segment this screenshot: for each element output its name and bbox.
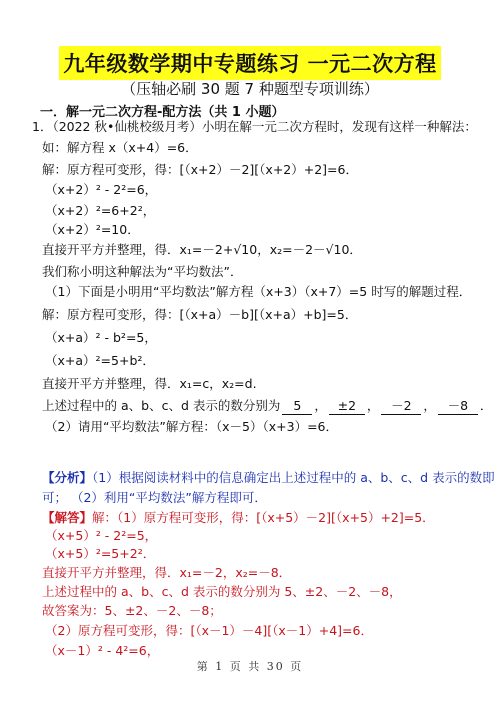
part-2: （2）请用“平均数法”解方程：（x－5）（x+3）=6． — [45, 419, 338, 435]
answer-line-3: （x+5）²=5+2²． — [45, 546, 155, 562]
page-footer: 第 1 页 共 30 页 — [0, 658, 500, 674]
blank-d: －8 — [438, 398, 478, 415]
method-naming: 我们称小明这种解法为“平均数法”． — [42, 264, 242, 280]
p1-step3-eq: x₁=c，x₂=d. — [180, 376, 257, 391]
analysis-label: 【分析】 — [42, 470, 92, 485]
title-wrap: 九年级数学期中专题练习 一元二次方程 — [0, 46, 500, 80]
step-4: 直接开平方并整理，得．x₁=－2+√10，x₂=－2－√10． — [42, 242, 362, 258]
answer-text-1: 解：（1）原方程可变形，得：[（x+5）－2][（x+5）+2]=5． — [92, 510, 435, 525]
analysis-line-2: 可； （2）利用“平均数法”解方程即可． — [42, 490, 267, 506]
fill-prefix: 上述过程中的 a、b、c、d 表示的数分别为 — [42, 398, 280, 413]
answer-line-4: 直接开平方并整理，得．x₁=－2，x₂=－8． — [42, 565, 291, 581]
part1-step-1: （x+a）² - b²=5， — [45, 330, 157, 346]
blank-b: ±2 — [329, 398, 365, 415]
step-3: （x+2）²=10． — [45, 222, 140, 238]
page-title: 九年级数学期中专题练习 一元二次方程 — [59, 46, 440, 80]
section-heading: 一．解一元二次方程-配方法（共 1 小题） — [40, 101, 285, 120]
sol-prefix: 解：原方程可变形，得： — [42, 162, 180, 177]
part1-step-2: （x+a）²=5+b²． — [45, 353, 155, 369]
p1-sol-prefix: 解：原方程可变形，得： — [42, 307, 180, 322]
sol-eq: [（x+2）－2][（x+2）+2]=6． — [180, 162, 358, 177]
answer-line-1: 【解答】解：（1）原方程可变形，得：[（x+5）－2][（x+5）+2]=5． — [42, 510, 435, 526]
p1-step3-prefix: 直接开平方并整理，得． — [42, 376, 180, 391]
answer-line-5: 上述过程中的 a、b、c、d 表示的数分别为 5、±2、－2、－8， — [42, 584, 402, 600]
p1-sol-eq: [（x+a）－b][（x+a）+b]=5． — [180, 307, 358, 322]
answer-line-2: （x+5）² - 2²=5， — [45, 528, 157, 544]
analysis-text-1: （1）根据阅读材料中的信息确定出上述过程中的 a、b、c、d 表示的数即 — [92, 470, 495, 485]
solution-line: 解：原方程可变形，得：[（x+2）－2][（x+2）+2]=6． — [42, 162, 358, 178]
answer-line-6: 故答案为：5、±2、－2、－8； — [42, 603, 222, 619]
answer-label: 【解答】 — [42, 510, 92, 525]
fill-in-line: 上述过程中的 a、b、c、d 表示的数分别为5，±2，－2，－8． — [42, 398, 492, 415]
blank-a: 5 — [282, 398, 312, 415]
subtitle: （压轴必刷 30 题 7 种题型专项训练） — [0, 78, 500, 99]
part1-step-3: 直接开平方并整理，得．x₁=c，x₂=d. — [42, 376, 257, 392]
question-intro: 1．（2022 秋•仙桃校级月考）小明在解一元二次方程时，发现有这样一种解法： — [32, 119, 477, 135]
part1-solution: 解：原方程可变形，得：[（x+a）－b][（x+a）+b]=5． — [42, 307, 357, 323]
answer-line-8: （x－1）² - 4²=6， — [45, 643, 159, 659]
step-1: （x+2）² - 2²=6， — [45, 182, 157, 198]
example-label: 如：解方程 — [42, 140, 108, 155]
step4-eq: x₁=－2+√10，x₂=－2－√10． — [180, 242, 362, 257]
example-eq: x（x+4）=6． — [108, 140, 197, 155]
step-2: （x+2）²=6+2²， — [45, 203, 155, 219]
part-1: （1）下面是小明用“平均数法”解方程（x+3）（x+7）=5 时写的解题过程． — [45, 284, 471, 300]
example-line: 如：解方程 x（x+4）=6． — [42, 140, 198, 156]
answer-line-7: （2）原方程可变形，得：[（x－1）－4][（x－1）+4]=6． — [45, 623, 373, 639]
blank-c: －2 — [381, 398, 421, 415]
analysis-line-1: 【分析】（1）根据阅读材料中的信息确定出上述过程中的 a、b、c、d 表示的数即 — [42, 470, 495, 486]
step4-prefix: 直接开平方并整理，得． — [42, 242, 180, 257]
